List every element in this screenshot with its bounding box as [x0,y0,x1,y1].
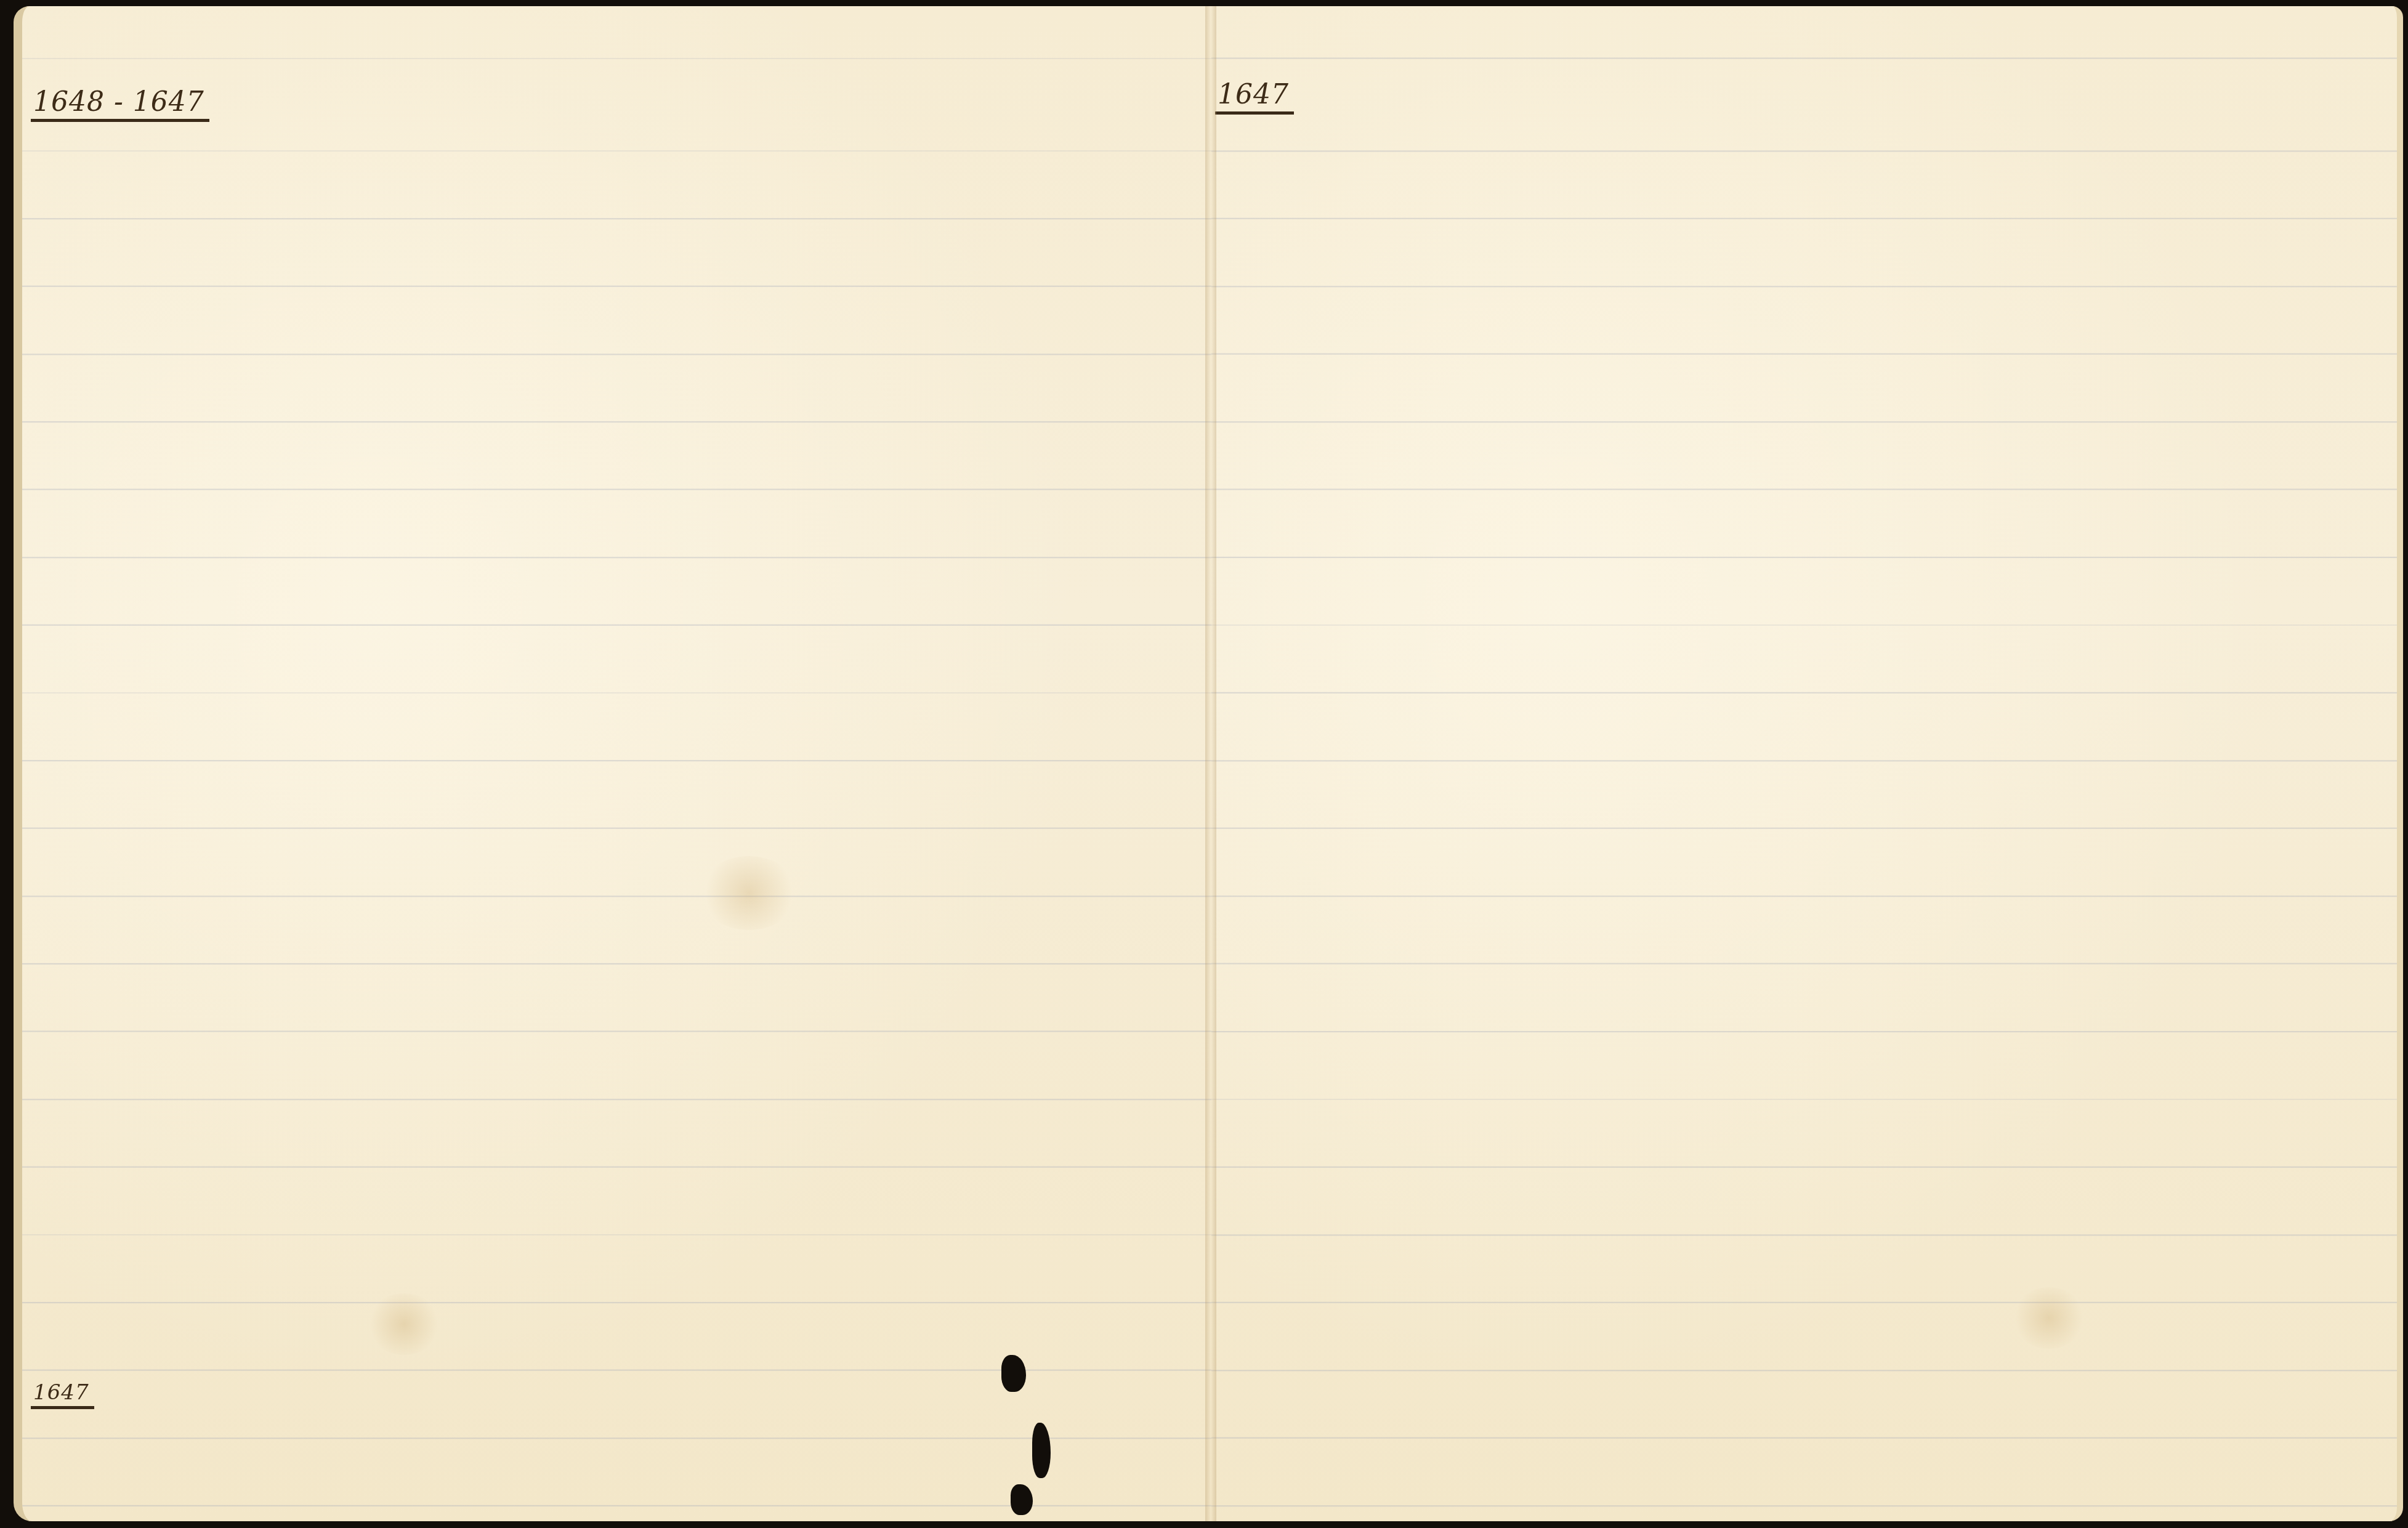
notebook-spread: 1648 - 1647 1647 1647 [14,6,2403,1521]
right-page-content: 1647 [1211,6,2397,1521]
left-page-content: 1648 - 1647 1647 [22,6,1211,1521]
left-page: 1648 - 1647 1647 [14,6,1211,1521]
year-heading-1647: 1647 [31,1380,94,1409]
year-heading: 1647 [1215,79,1294,115]
right-page: 1647 [1211,6,2403,1521]
book-gutter [1205,6,1216,1521]
year-heading: 1648 - 1647 [31,86,209,122]
paper-tear [1011,1484,1033,1515]
